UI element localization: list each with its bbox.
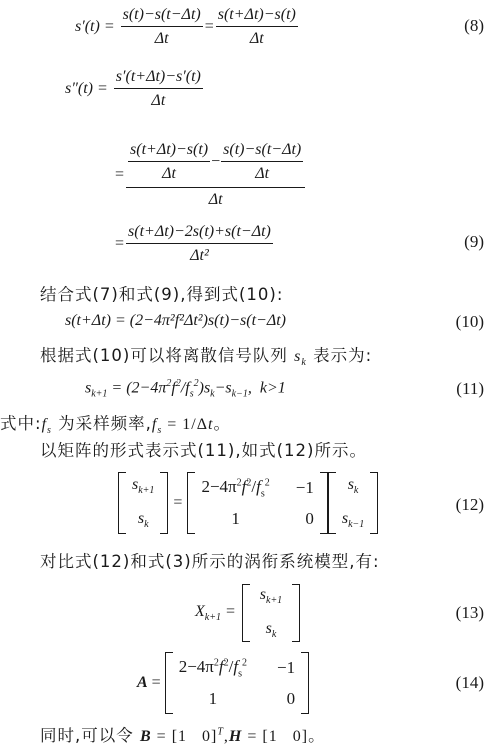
equation-number-13: (13) — [456, 603, 484, 623]
eq12-rhs-vector: sksk−1 — [328, 472, 378, 534]
equation-14: A= 2−4π2f2/fs2−1 10 — [137, 652, 309, 714]
eq12-matrix: 2−4π2f2/fs2−1 10 — [187, 472, 327, 534]
eq9-compound-fraction: s(t+Δt)−s(t) Δt − s(t)−s(t−Δt) Δt Δt — [126, 141, 305, 209]
eq8-fraction-2: s(t+Δt)−s(t) Δt — [216, 6, 298, 48]
equation-number-9: (9) — [464, 232, 484, 252]
equation-13: Xk+1 = sk+1sk — [195, 582, 300, 644]
eq12-lhs-vector: sk+1sk — [118, 472, 168, 534]
equation-12: sk+1sk = 2−4π2f2/fs2−1 10 sksk−1 — [118, 470, 378, 536]
equation-9-line-3: = s(t+Δt)−2s(t)+s(t−Δt) Δt² — [115, 218, 273, 270]
paragraph-matrix-form: 以矩阵的形式表示式(11),如式(12)所示。 — [40, 437, 367, 461]
paragraph-where: 式中:fs 为采样频率,fs = 1/Δt。 — [0, 410, 231, 436]
equation-9-line-2: = s(t+Δt)−s(t) Δt − s(t)−s(t−Δt) Δt Δt — [115, 130, 305, 220]
equation-number-14: (14) — [456, 673, 484, 693]
equation-11: sk+1 = (2−4π2f2/fs2)sk−sk−1, k>1 — [85, 378, 286, 400]
equation-9-line-1: s″(t) = s′(t+Δt)−s′(t) Δt — [65, 63, 203, 115]
equation-10: s(t+Δt) = (2−4π²f²Δt²)s(t)−s(t−Δt) — [65, 312, 286, 330]
paragraph-discrete-signal: 根据式(10)可以将离散信号队列 sk 表示为: — [40, 342, 372, 368]
eq9-fraction-1: s′(t+Δt)−s′(t) Δt — [114, 68, 203, 110]
eq13-vector: sk+1sk — [242, 584, 300, 642]
paragraph-combine: 结合式(7)和式(9),得到式(10): — [40, 281, 283, 305]
eq9-fraction-3: s(t+Δt)−2s(t)+s(t−Δt) Δt² — [126, 223, 273, 265]
equation-8: s′(t) = s(t)−s(t−Δt) Δt = s(t+Δt)−s(t) Δ… — [75, 2, 298, 52]
equation-number-8: (8) — [464, 16, 484, 36]
paragraph-compare: 对比式(12)和式(3)所示的涡衔系统模型,有: — [40, 548, 380, 572]
equation-number-12: (12) — [456, 495, 484, 515]
paragraph-let-b-h: 同时,可以令 B = [1 0]T,H = [1 0]。 — [40, 722, 326, 746]
equation-number-11: (11) — [456, 379, 484, 399]
eq8-lhs: s′(t) = — [75, 18, 115, 36]
equation-number-10: (10) — [456, 312, 484, 332]
eq14-matrix: 2−4π2f2/fs2−1 10 — [165, 652, 309, 714]
eq8-fraction-1: s(t)−s(t−Δt) Δt — [121, 6, 203, 48]
